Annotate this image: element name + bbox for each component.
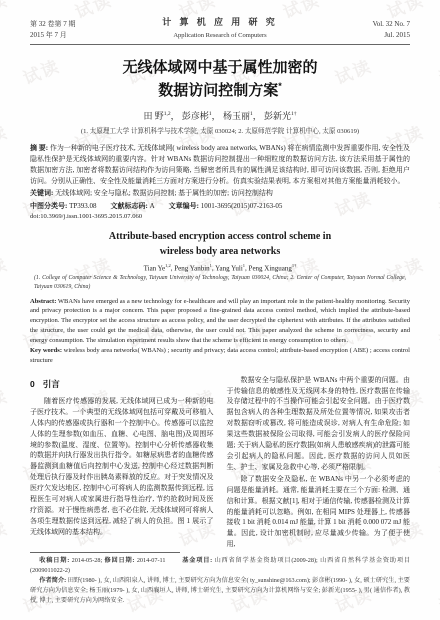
classification-line: 中图分类号: TP393.08文献标志码: A文章编号: 1001-3695(2… [30,201,410,212]
footnote-bio: 作者简介: 田野(1980- ), 女, 山西阳泉人, 讲师, 博士, 主要研究… [30,576,410,606]
body-paragraph: 随着医疗传感器的发展, 无线体域网已成为一种新的电子医疗技术。一个典型的无线体域… [30,396,214,538]
volume-number-en: Vol. 32 No. 7 [320,19,410,30]
keywords-label-en: Key words: [30,347,62,354]
author: Peng Yanbin [174,264,209,272]
keywords-en: Key words: wireless body area networks( … [30,346,410,366]
bio-label: 作者简介: [39,577,66,584]
author-separator: ， [171,111,182,121]
keywords-cn: 关键词: 无线体域网; 安全与隐私; 数据访问控制; 基于属性的加密; 访问控制… [30,188,410,199]
abstract-text-cn: 作为一种新的电子医疗技术, 无线体域网( wireless body area … [30,144,410,185]
title-en-line2: wireless body area networks [160,246,280,257]
bio-text: 田野(1980- ), 女, 山西阳泉人, 讲师, 博士, 主要研究方向为信息安… [30,577,410,604]
clc-value: TP393.08 [67,202,96,210]
doc-code-value: A [148,202,155,210]
keywords-label-cn: 关键词: [30,189,53,197]
article-no-value: 1001-3695(2015)07-2163-05 [199,202,282,210]
author: Yang Yuli [215,264,243,272]
footnote-dates-fund: 收稿日期: 2014-05-28; 修回日期: 2014-07-11基金项目: … [30,556,410,576]
journal-name-cn: 计 算 机 应 用 研 究 [162,16,278,30]
affiliation-cn: (1. 太原理工大学 计算机科学与技术学院, 太原 030024; 2. 太原师… [30,125,410,135]
abstract-text-en: WBANs have emerged as a new technology f… [30,298,410,345]
section-number: 0 [30,379,35,389]
authors-en: Tian Ye1,2, Peng Yanbin1, Yang Yuli1, Pe… [30,263,410,272]
author-sup: 1,2 [164,111,171,117]
issue-date-en: Jul. 2015 [320,30,410,41]
doi-line: doi:10.3969/j.issn.1001-3695.2015.07.060 [30,213,410,220]
issue-info: 第 32 卷第 7 期 2015 年 7 月 [30,19,120,40]
left-column: 0引言 随着医疗传感器的发展, 无线体域网已成为一种新的电子医疗技术。一个典型的… [30,375,214,551]
revised-date: 2014-07-11 [135,557,166,564]
author-sup: 1† [291,111,297,117]
article-no-label: 文章编号: [169,202,199,210]
abstract-label-en: Abstract: [30,298,56,305]
title-en-line1: Attribute-based encryption access contro… [109,231,331,242]
authors-cn: 田 野1,2， 彭彦彬1， 杨玉丽1， 彭新光1† [30,109,410,122]
paper-title-en: Attribute-based encryption access contro… [30,229,410,259]
keywords-text-en: wireless body area networks( WBANs) ; se… [30,347,410,364]
author-separator: ， [253,111,264,121]
volume-info: Vol. 32 No. 7 Jul. 2015 [320,19,410,40]
paper-title-cn: 无线体域网中基于属性加密的数据访问控制方案* [30,57,410,102]
received-date-label: 收稿日期: [39,557,69,564]
body-paragraph: 除了数据安全及隐私, 在 WBANs 中另一个必须考虑的问题是能量消耗。通常, … [227,474,411,550]
keywords-text-cn: 无线体域网; 安全与隐私; 数据访问控制; 基于属性的加密; 访问控制结构 [53,189,273,197]
received-date: 2014-05-28; [69,557,104,564]
journal-name-block: 计 算 机 应 用 研 究 Application Research of Co… [162,16,278,40]
revised-date-label: 修回日期: [105,557,135,564]
doc-code-label: 文献标志码: [111,202,148,210]
page-content: 第 32 卷第 7 期 2015 年 7 月 计 算 机 应 用 研 究 App… [0,0,440,550]
author: 彭彦彬 [182,111,209,121]
affiliation-en: (1. College of Computer Science & Techno… [30,274,410,291]
section-title: 引言 [43,379,60,389]
author-sup: 1† [292,263,297,268]
title-line1: 无线体域网中基于属性加密的 [122,59,317,76]
author: 彭新光 [264,111,291,121]
right-column: 数据安全与隐私保护是 WBANs 中两个重要的问题。由于传输信息的敏感性及无线网… [227,375,411,551]
author-separator: ， [212,111,223,121]
journal-name-en: Application Research of Computers [162,31,278,41]
body-paragraph: 数据安全与隐私保护是 WBANs 中两个重要的问题。由于传输信息的敏感性及无线网… [227,375,411,473]
paper-page: 试读试读试读试读试读试读试读试读试读试读试读试读试读试读试读试读试读试读试读试读… [0,0,440,620]
body-columns: 0引言 随着医疗传感器的发展, 无线体域网已成为一种新的电子医疗技术。一个典型的… [30,375,410,551]
fund-label: 基金项目: [181,557,212,564]
title-line2: 数据访问控制方案 [158,82,278,99]
issue-date-cn: 2015 年 7 月 [30,30,120,41]
abstract-cn: 摘 要: 作为一种新的电子医疗技术, 无线体域网( wireless body … [30,143,410,187]
author: Peng Xinguang [249,264,292,272]
abstract-en: Abstract: WBANs have emerged as a new te… [30,297,410,346]
footnote-divider [30,552,180,553]
watermark-text: 试读 [435,580,440,617]
journal-header: 第 32 卷第 7 期 2015 年 7 月 计 算 机 应 用 研 究 App… [30,16,410,45]
clc-label: 中图分类号: [30,202,67,210]
section-heading-intro: 0引言 [30,378,214,391]
author: 杨玉丽 [223,111,250,121]
author: Tian Ye [144,264,166,272]
issue-volume-cn: 第 32 卷第 7 期 [30,19,120,30]
author: 田 野 [144,111,164,121]
footnote-block: 收稿日期: 2014-05-28; 修回日期: 2014-07-11基金项目: … [30,552,410,606]
abstract-label-cn: 摘 要: [30,144,48,152]
title-footnote-marker: * [278,81,282,91]
